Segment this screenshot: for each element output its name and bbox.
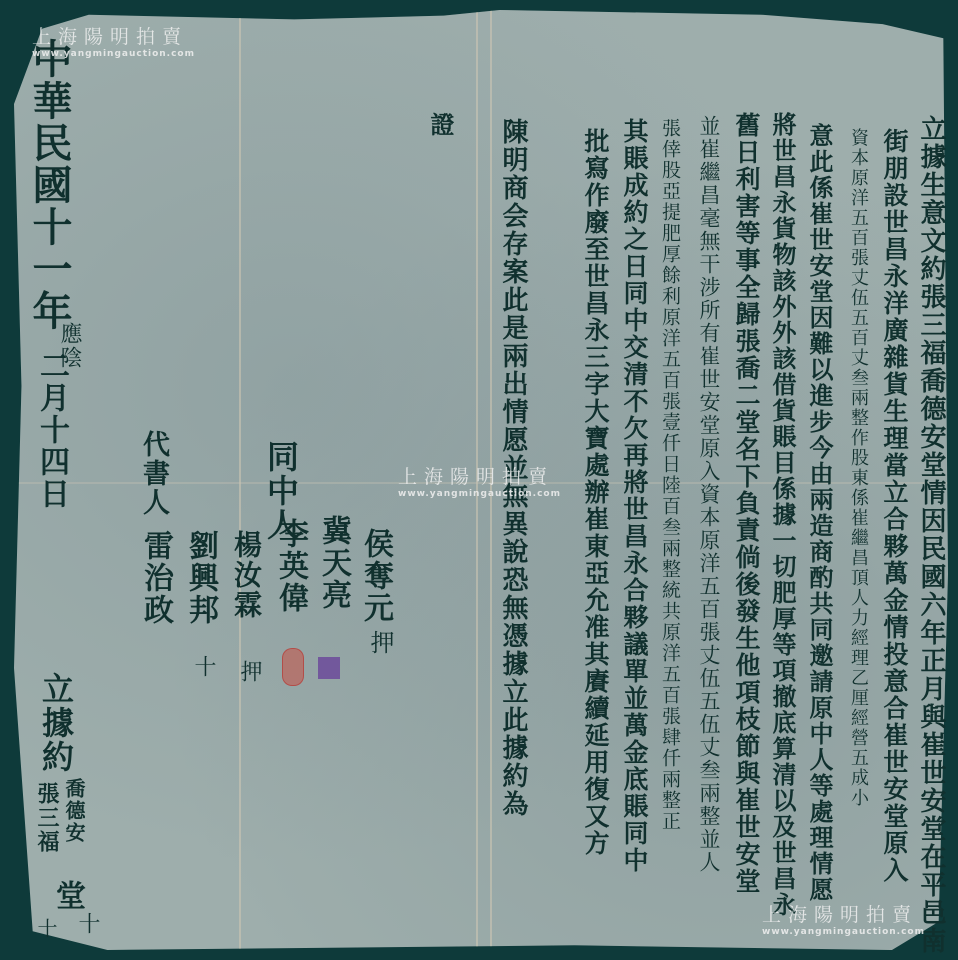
signatory-party-2: 喬德安 [64, 778, 84, 844]
body-column-9: 其賬成約之日同中交清不欠再將世昌永合夥議單並萬金底賬同中 [622, 118, 647, 874]
witness-hou: 侯奪元 [360, 528, 390, 624]
witness-liu-mark: 十 [192, 655, 214, 679]
body-column-4: 意此係崔世安堂因難以進步今由兩造商酌共同邀請原中人等處理情愿 [807, 123, 831, 903]
watermark-text: 上海陽明拍賣 [398, 462, 561, 489]
signatory-label: 立據約 [40, 672, 72, 774]
date-year: 中華民國十一年 [28, 38, 70, 332]
witness-li: 李英偉 [275, 518, 305, 614]
witness-liu: 劉興邦 [185, 530, 215, 626]
watermark-center: 上海陽明拍賣 www.yangmingauction.com [398, 462, 561, 499]
scribe-label: 代書人 [140, 430, 167, 517]
scribe-name: 雷治政 [140, 530, 170, 626]
witness-hou-mark: 押 [368, 630, 392, 656]
purple-seal [318, 657, 340, 679]
red-seal [282, 648, 304, 686]
body-column-7: 並崔繼昌毫無干涉所有崔世安堂原入資本原洋五百張丈伍五伍丈叁兩整並人 [698, 115, 719, 874]
signatory-suffix: 堂 [52, 880, 82, 912]
body-column-8: 張倖股亞提肥厚餘利原洋五百張壹仟日陸百叁兩整統共原洋五百張肆仟兩整正 [660, 118, 679, 832]
fold-line-vertical-left [239, 10, 241, 950]
watermark-text: 上海陽明拍賣 [762, 900, 925, 927]
signatory-mark-1: 十 [36, 918, 56, 940]
watermark-url: www.yangmingauction.com [762, 927, 925, 937]
body-column-2: 街朋設世昌永洋廣雜貨生理當立合夥萬金情投意合崔世安堂原入 [882, 128, 907, 884]
watermark-text: 上海陽明拍賣 [32, 22, 195, 49]
signatory-party-1: 張三福 [36, 782, 58, 854]
watermark-url: www.yangmingauction.com [32, 49, 195, 59]
witness-yang-mark: 押 [238, 660, 260, 684]
body-column-5: 將世昌永貨物該外外該借貨賬目係據一切肥厚等項撤底算清以及世昌永 [770, 112, 794, 918]
watermark-bottom-right: 上海陽明拍賣 www.yangmingauction.com [762, 900, 925, 937]
body-column-10: 批寫作廢至世昌永三字大寶處辦崔東亞允准其賡續延用復又方 [583, 128, 608, 857]
body-column-6: 舊日利害等事全歸張喬二堂名下負責倘後發生他項枝節與崔世安堂 [734, 112, 759, 895]
body-column-1: 立據生意文約張三福喬德安堂情因民國六年正月與崔世安堂在平邑南 [918, 115, 944, 955]
date-month-day: 二月十四日 [36, 350, 66, 510]
watermark-top-left: 上海陽明拍賣 www.yangmingauction.com [32, 22, 195, 59]
watermark-url: www.yangmingauction.com [398, 489, 561, 499]
verification-char: 證 [428, 112, 452, 138]
witness-yang: 楊汝霖 [232, 530, 260, 620]
signatory-mark-2: 十 [76, 912, 98, 936]
body-column-3: 資本原洋五百張丈伍五百丈叁兩整作股東係崔繼昌頂人力經理乙厘經營五成小 [849, 128, 867, 808]
witness-ji: 冀天亮 [318, 515, 348, 611]
